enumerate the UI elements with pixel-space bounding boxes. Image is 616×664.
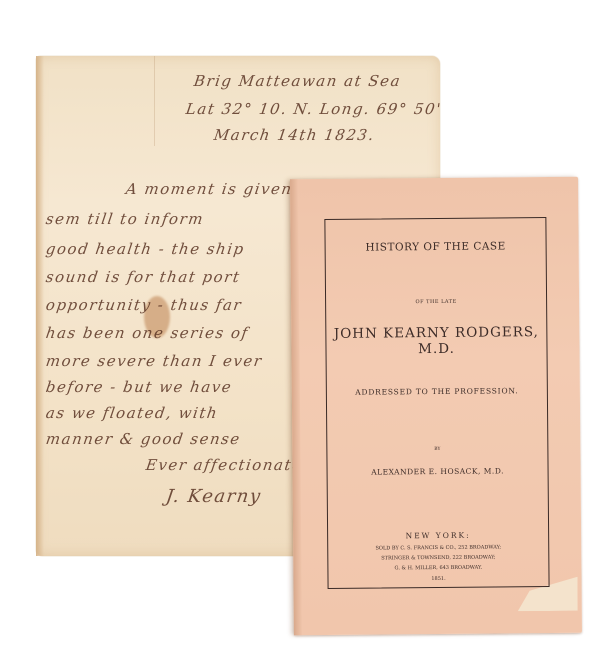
letter-signature: J. Kearny <box>165 486 263 507</box>
pamphlet-imprint-line: G. & H. MILLER, 643 BROADWAY. <box>328 564 548 572</box>
printed-pamphlet: HISTORY OF THE CASE OF THE LATE JOHN KEA… <box>290 177 582 635</box>
pamphlet-by: BY <box>327 446 547 453</box>
letter-line: before - but we have <box>45 378 234 396</box>
title-page-border: HISTORY OF THE CASE OF THE LATE JOHN KEA… <box>324 217 549 589</box>
letter-heading-line: Brig Matteawan at Sea <box>193 72 403 90</box>
letter-heading-line: March 14th 1823. <box>213 126 376 144</box>
letter-line: manner & good sense <box>45 430 242 448</box>
pamphlet-author: ALEXANDER E. HOSACK, M.D. <box>328 466 548 477</box>
pamphlet-imprint-line: STRINGER & TOWNSEND, 222 BROADWAY; <box>328 554 548 562</box>
letter-line: good health - the ship <box>45 240 246 258</box>
pamphlet-spine <box>290 179 302 635</box>
letter-line: opportunity - thus far <box>45 296 244 314</box>
pamphlet-subject: JOHN KEARNY RODGERS, M.D. <box>326 324 546 358</box>
pamphlet-of-the-late: OF THE LATE <box>326 298 546 306</box>
pamphlet-year: 1851. <box>328 575 548 583</box>
pamphlet-addressed: ADDRESSED TO THE PROFESSION. <box>327 386 547 397</box>
paper-fold <box>154 56 155 146</box>
letter-line: has been one series of <box>45 324 250 342</box>
letter-line: more severe than I ever <box>45 352 264 370</box>
letter-line: as we floated, with <box>45 404 220 422</box>
letter-heading-line: Lat 32° 10. N. Long. 69° 50' <box>185 100 443 118</box>
pamphlet-imprint-line: SOLD BY C. S. FRANCIS & CO., 252 BROADWA… <box>328 544 548 552</box>
letter-line: sem till to inform <box>45 210 206 228</box>
pamphlet-title: HISTORY OF THE CASE <box>326 240 546 254</box>
pamphlet-place: NEW YORK: <box>328 530 548 541</box>
letter-line: sound is for that port <box>45 268 242 286</box>
